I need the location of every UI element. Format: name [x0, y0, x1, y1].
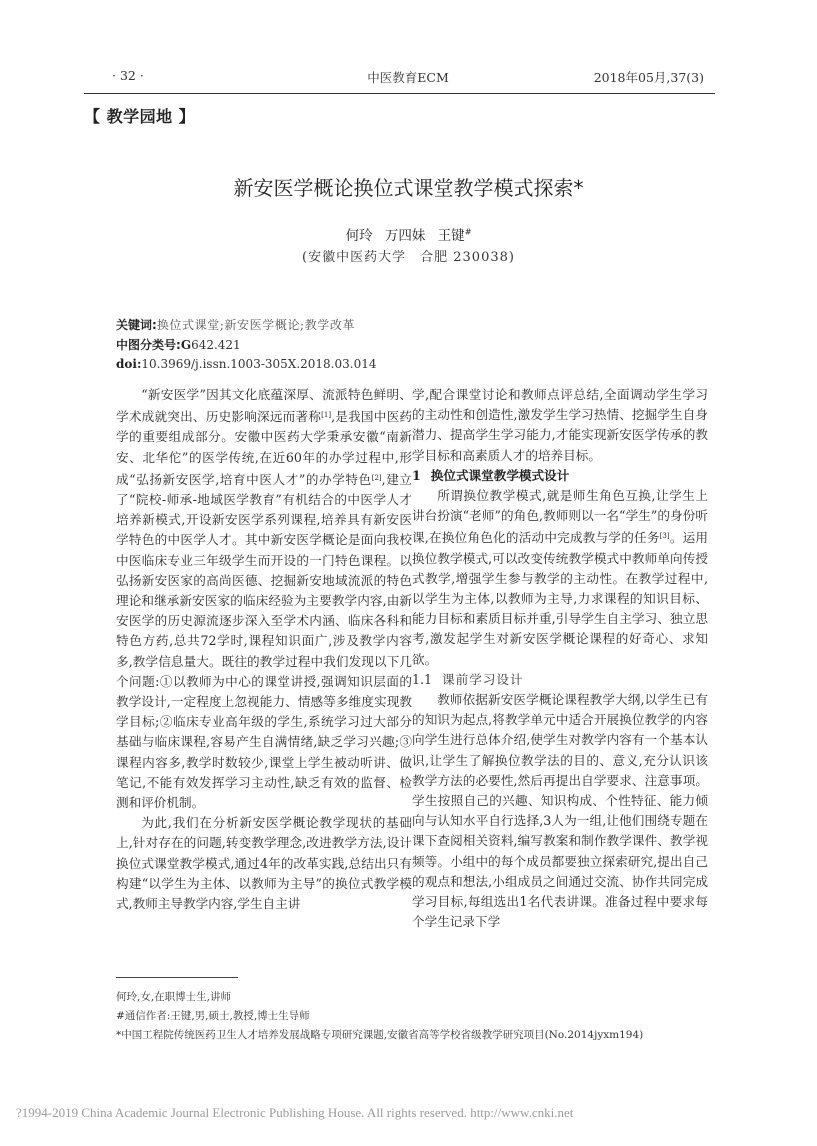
body-column-left: “新安医学”因其文化底蕴深厚、流派特色鲜明、学术成就突出、历史影响深远而著称[1… — [116, 385, 412, 914]
doi-label: doi: — [116, 357, 141, 371]
doi: doi:10.3969/j.issn.1003-305X.2018.03.014 — [116, 357, 377, 371]
affiliation: (安徽中医药大学 合肥 230038) — [0, 246, 817, 265]
issue-info: 2018年05月,37(3) — [594, 68, 704, 86]
paragraph: 所谓换位教学模式,就是师生角色互换,让学生上讲台扮演“老师”的角色,教师则以一名… — [412, 486, 708, 670]
clc-prefix: G — [181, 338, 191, 352]
footnote-author: 何玲,女,在职博士生,讲师 — [116, 988, 643, 1007]
citation: [2] — [372, 474, 382, 482]
corresponding-mark: # — [465, 228, 472, 237]
subsection-heading: 1.1课前学习设计 — [412, 670, 708, 690]
keywords: 关键词:换位式课堂;新安医学概论;教学改革 — [116, 316, 355, 333]
copyright-notice: ?1994-2019 China Academic Journal Electr… — [16, 1105, 573, 1121]
author-name: 万四妹 — [385, 228, 426, 244]
body-column-right: 学,配合课堂讨论和教师点评总结,全面调动学生学习的主动性和创造性,激发学生学习热… — [412, 385, 708, 932]
footnotes: 何玲,女,在职博士生,讲师 #通信作者:王键,男,硕士,教授,博士生导师 *中国… — [116, 988, 643, 1045]
footnote-rule — [116, 977, 238, 978]
citation: [1] — [321, 411, 331, 419]
header-rule — [84, 93, 715, 94]
paragraph: “新安医学”因其文化底蕴深厚、流派特色鲜明、学术成就突出、历史影响深远而著称[1… — [116, 385, 412, 813]
paragraph: 教师依据新安医学概论课程教学大纲,以学生已有的知识为起点,将教学单元中适合开展换… — [412, 690, 708, 932]
keywords-value: 换位式课堂;新安医学概论;教学改革 — [157, 318, 355, 332]
footnote-corresponding: #通信作者:王键,男,硕士,教授,博士生导师 — [116, 1007, 643, 1026]
article-title: 新安医学概论换位式课堂教学模式探索* — [0, 172, 817, 201]
section-heading: 1换位式课堂教学模式设计 — [412, 466, 708, 486]
section-tag: 【 教学园地 】 — [84, 104, 195, 127]
author-name: 何玲 — [346, 228, 373, 244]
clc-number: 中图分类号:G642.421 — [116, 336, 241, 353]
author-name: 王键# — [438, 228, 472, 244]
author-list: 何玲 万四妹 王键# — [0, 224, 817, 244]
paragraph: 学,配合课堂讨论和教师点评总结,全面调动学生学习的主动性和创造性,激发学生学习热… — [412, 385, 708, 466]
clc-value: 642.421 — [191, 338, 241, 352]
clc-label: 中图分类号: — [116, 338, 181, 352]
citation: [3] — [660, 532, 670, 540]
footnote-funding: *中国工程院传统医药卫生人才培养发展战略专项研究课题,安徽省高等学校省级教学研究… — [116, 1026, 643, 1045]
paragraph: 为此,我们在分析新安医学概论教学现状的基础上,针对存在的问题,转变教学理念,改进… — [116, 813, 412, 914]
doi-value: 10.3969/j.issn.1003-305X.2018.03.014 — [141, 357, 376, 371]
keywords-label: 关键词: — [116, 318, 157, 332]
running-head: · 32 · 中医教育ECM 2018年05月,37(3) — [112, 64, 704, 86]
